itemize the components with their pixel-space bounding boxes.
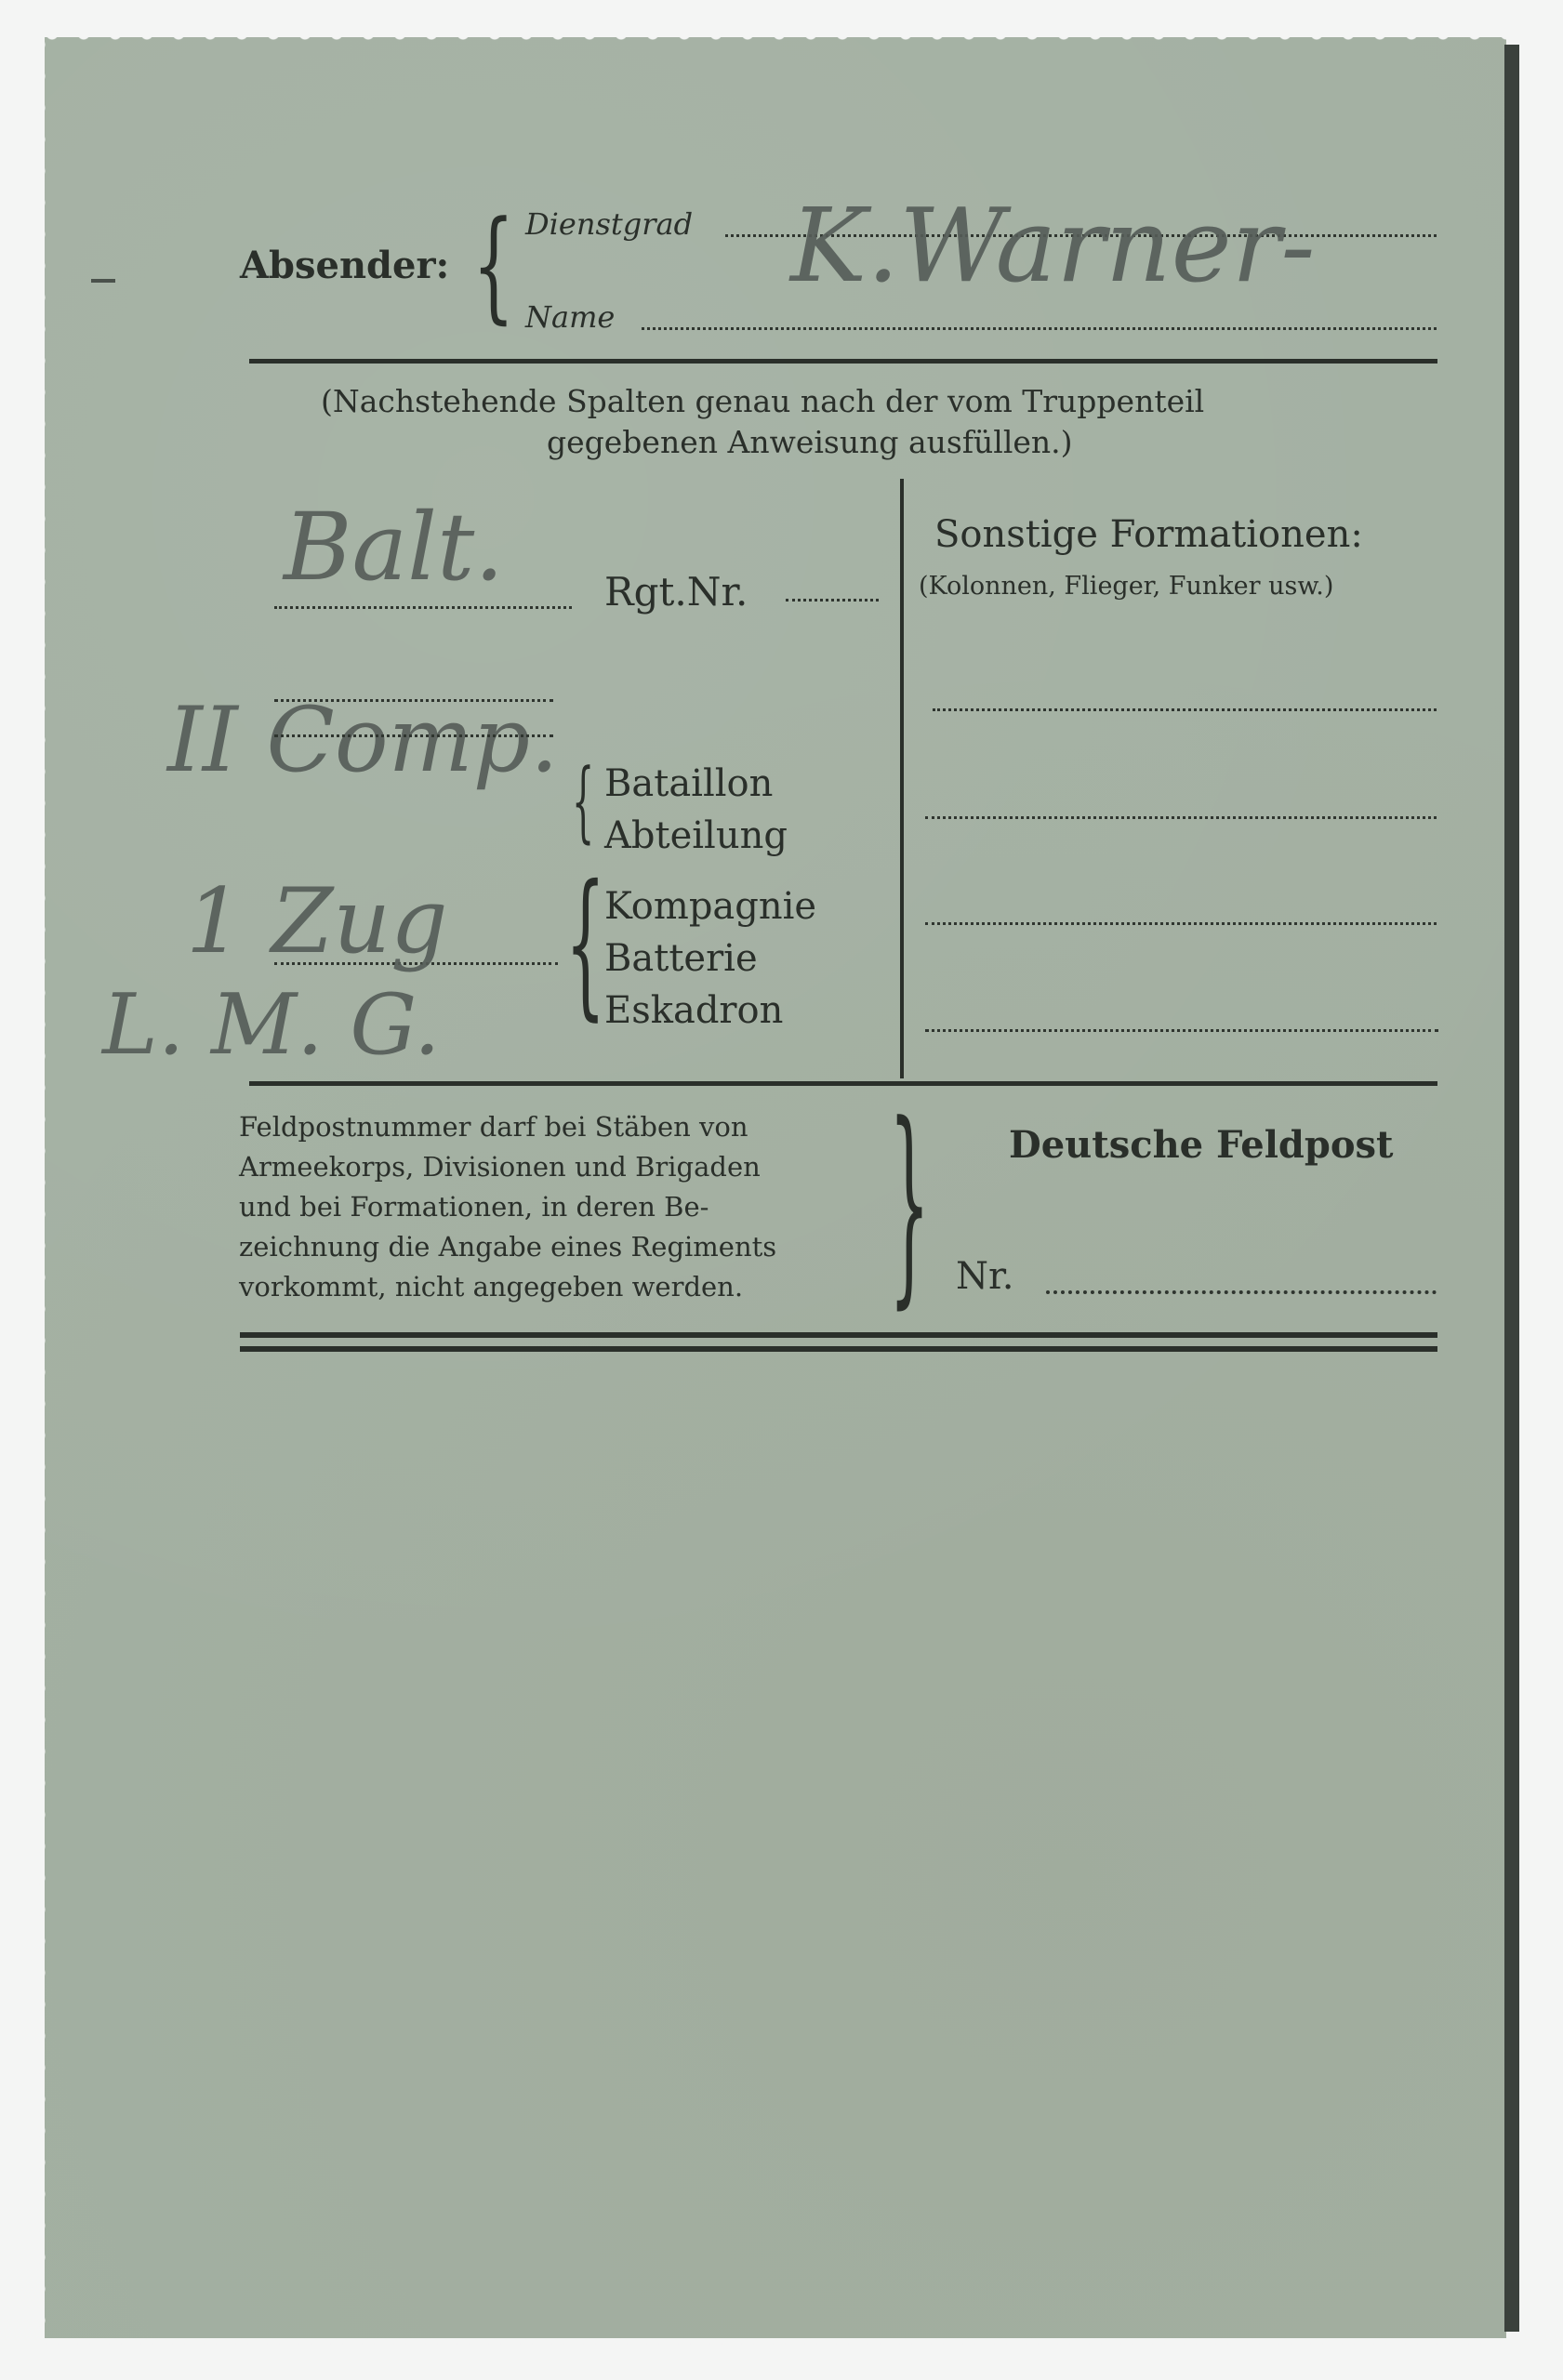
- perforated-edge-bottom: [45, 2334, 1506, 2345]
- card-edge-shadow: [1504, 45, 1519, 2332]
- feldpost-note-brace: {: [889, 1097, 930, 1311]
- battalion-brace: {: [572, 758, 594, 846]
- edge-mark: [91, 279, 115, 283]
- department-label: Abteilung: [604, 814, 788, 857]
- rank-label: Dienstgrad: [525, 206, 693, 242]
- squadron-label: Eskadron: [604, 989, 783, 1032]
- other-formation-line-1[interactable]: [933, 708, 1437, 711]
- battery-label: Batterie: [604, 937, 758, 980]
- feldpost-note-line-2: Armeekorps, Divisionen und Brigaden: [239, 1151, 761, 1183]
- handwritten-company-1: 1 Zug: [186, 869, 448, 973]
- instruction-line-1: (Nachstehende Spalten genau nach der vom…: [321, 383, 1204, 419]
- battalion-label: Bataillon: [604, 762, 773, 805]
- fields-divider: [249, 1081, 1437, 1086]
- handwritten-company-2: L. M. G.: [102, 976, 441, 1074]
- handwritten-regiment: Balt.: [284, 493, 504, 602]
- other-formation-line-2[interactable]: [925, 816, 1437, 819]
- handwritten-sender-name: K.Warner-: [790, 186, 1316, 305]
- company-label: Kompagnie: [604, 885, 816, 928]
- feldpost-note-line-5: vorkommt, nicht angegeben werden.: [239, 1271, 743, 1302]
- bottom-rule-lower: [240, 1346, 1437, 1352]
- handwritten-battalion: II Comp.: [167, 688, 559, 792]
- bottom-rule-upper: [240, 1332, 1437, 1338]
- sender-label: Absender:: [240, 244, 449, 287]
- regiment-label: Rgt.Nr.: [604, 569, 748, 615]
- other-formation-line-4[interactable]: [925, 1029, 1438, 1032]
- instruction-line-2: gegebenen Anweisung ausfüllen.): [547, 424, 1073, 460]
- perforated-edge-top: [45, 33, 1506, 45]
- feldpost-title: Deutsche Feldpost: [1009, 1123, 1394, 1167]
- other-formation-line-3[interactable]: [925, 922, 1437, 925]
- perforated-edge-left: [39, 37, 50, 2338]
- battalion-field-line[interactable]: [274, 734, 553, 737]
- feldpost-note-line-3: und bei Formationen, in deren Be-: [239, 1191, 709, 1223]
- feldpost-note-line-1: Feldpostnummer darf bei Stäben von: [239, 1111, 748, 1143]
- sender-divider: [249, 359, 1437, 364]
- other-formations-subtitle: (Kolonnen, Flieger, Funker usw.): [919, 572, 1333, 601]
- feldpost-number-label: Nr.: [956, 1255, 1013, 1298]
- name-field-line[interactable]: [642, 327, 1437, 330]
- feldpost-number-field[interactable]: [1046, 1290, 1437, 1294]
- name-label: Name: [525, 299, 615, 335]
- company-brace: {: [565, 865, 605, 1023]
- regiment-field-line[interactable]: [274, 606, 572, 609]
- feldpost-note-line-4: zeichnung die Angabe eines Regiments: [239, 1231, 776, 1263]
- regiment-label-dots: [786, 599, 879, 602]
- column-divider: [900, 479, 904, 1078]
- other-formations-title: Sonstige Formationen:: [934, 513, 1363, 556]
- sender-brace: {: [472, 205, 514, 325]
